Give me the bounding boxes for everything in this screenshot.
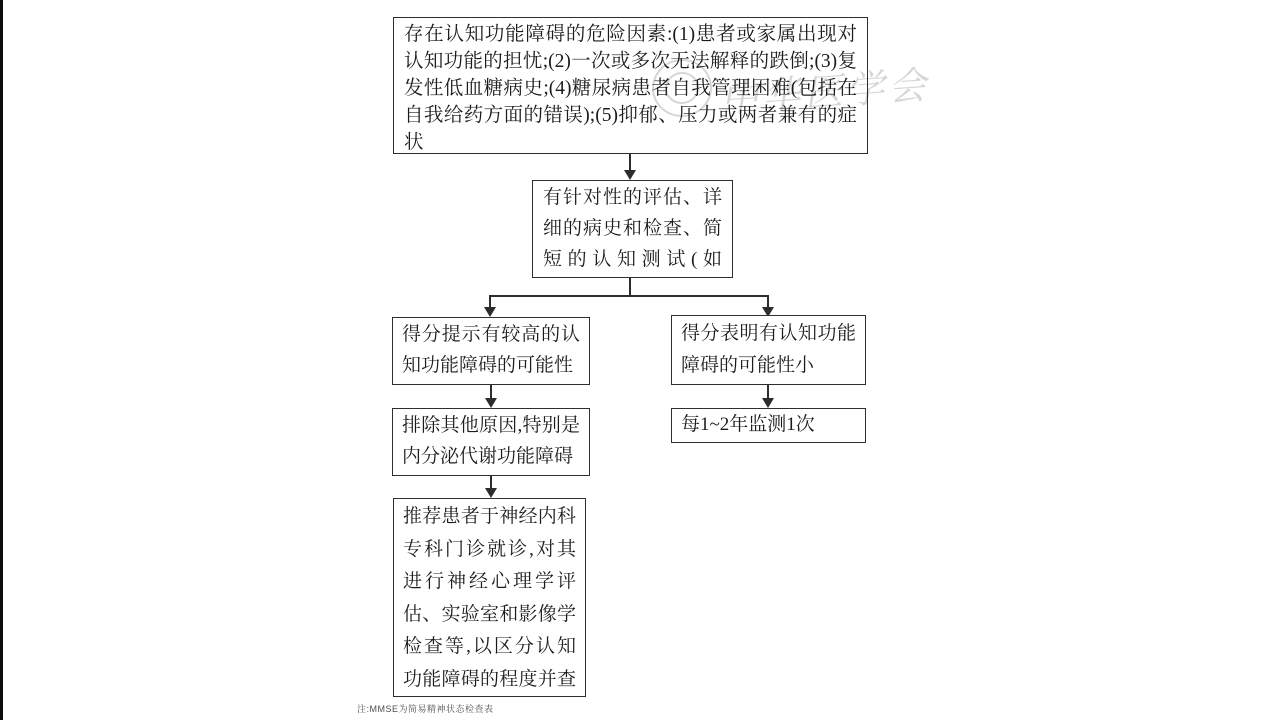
flowchart-node-refer-neurology: 推荐患者于神经内科专科门诊就诊,对其进行神经心理学评估、实验室和影像学检查等,以… bbox=[393, 498, 586, 697]
left-edge-bar bbox=[0, 0, 3, 720]
flowchart-node-low-probability: 得分表明有认知功能障碍的可能性小 bbox=[671, 315, 866, 385]
flowchart-node-exclude-other-causes: 排除其他原因,特别是内分泌代谢功能障碍 bbox=[392, 408, 590, 476]
flowchart-node-monitor-interval: 每1~2年监测1次 bbox=[671, 408, 866, 443]
arrow-down-icon bbox=[484, 307, 496, 317]
screenshot-canvas: 中华医学会 存在认知功能障碍的危险因素:(1)患者或家属出现对认知功能的担忧;(… bbox=[0, 0, 1280, 720]
flowchart-node-targeted-assessment: 有针对性的评估、详细的病史和检查、简短的认知测试(如MMSE) bbox=[532, 180, 733, 278]
connector-line bbox=[490, 385, 492, 399]
arrow-down-icon bbox=[485, 398, 497, 408]
flowchart-node-risk-factors: 存在认知功能障碍的危险因素:(1)患者或家属出现对认知功能的担忧;(2)一次或多… bbox=[393, 17, 868, 154]
connector-line bbox=[767, 385, 769, 399]
connector-branch-line bbox=[489, 295, 769, 297]
arrow-down-icon bbox=[485, 488, 497, 498]
flowchart-node-high-probability: 得分提示有较高的认知功能障碍的可能性 bbox=[392, 317, 590, 385]
arrow-down-icon bbox=[762, 398, 774, 408]
footnote-mmse-note: 注:MMSE为简易精神状态检查表 bbox=[357, 702, 494, 715]
arrow-down-icon bbox=[624, 170, 636, 180]
